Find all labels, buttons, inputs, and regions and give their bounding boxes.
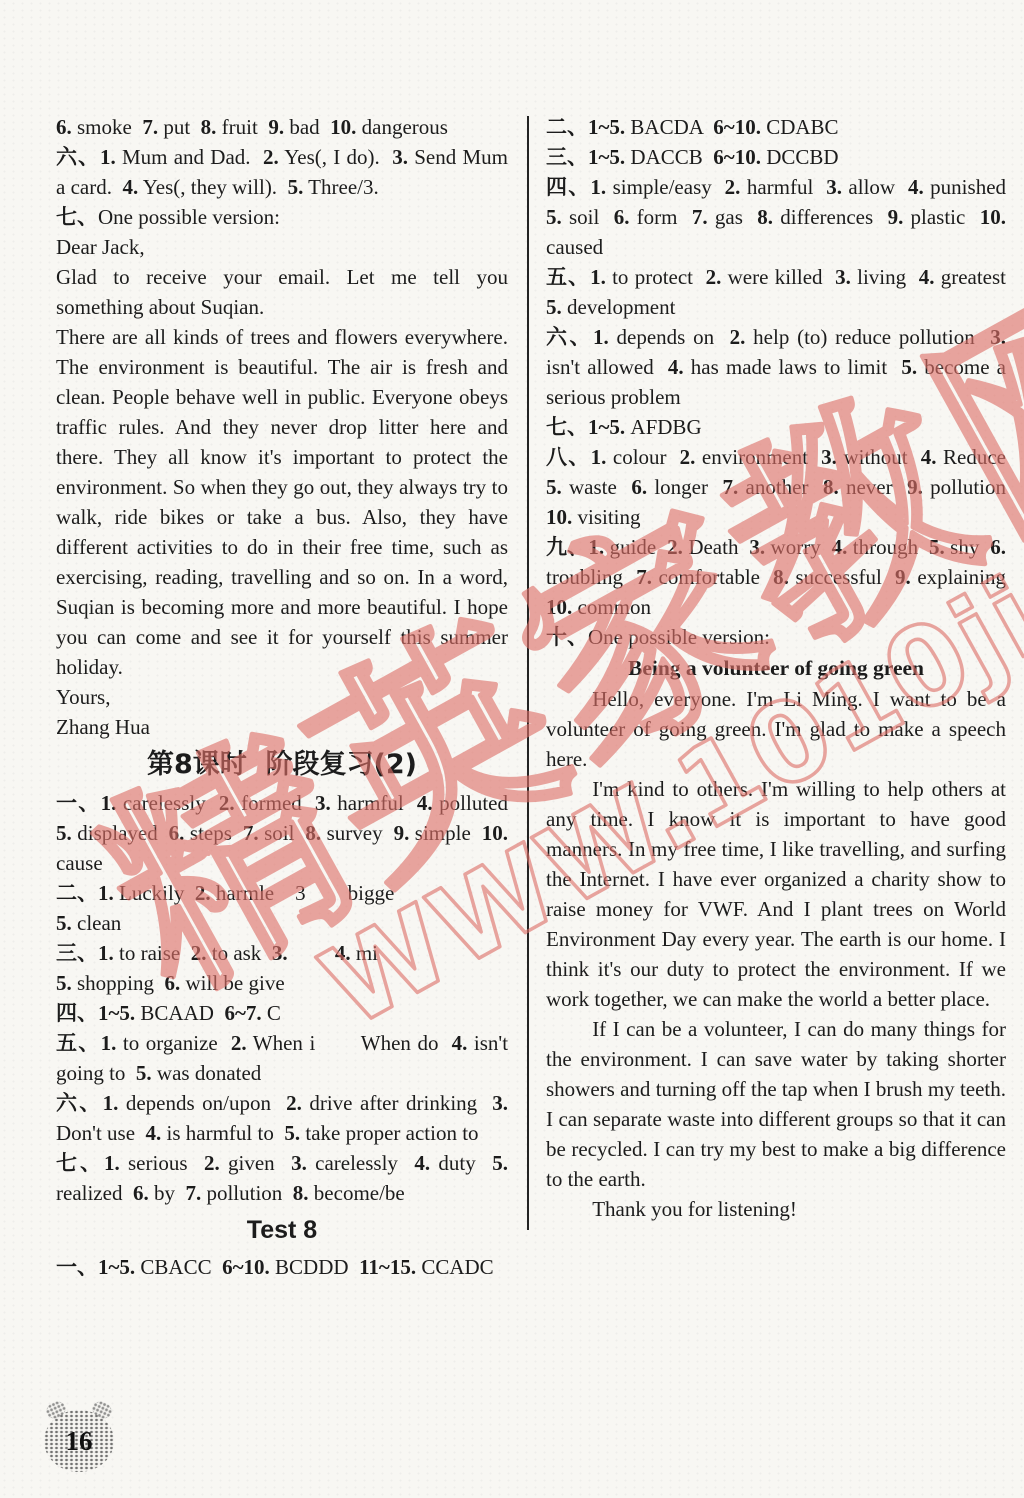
page-number: 16 [66, 1426, 93, 1457]
answer-line: 十、One possible version: [546, 622, 1006, 652]
answer-line: 五、1. to organize 2. When i When do 4. is… [56, 1028, 508, 1088]
answer-line: 七、1. serious 2. given 3. carelessly 4. d… [56, 1148, 508, 1208]
essay-paragraph: Hello, everyone. I'm Li Ming. I want to … [546, 684, 1006, 774]
letter-salutation: Dear Jack, [56, 232, 508, 262]
answer-line: 四、1. simple/easy 2. harmful 3. allow 4. … [546, 172, 1006, 262]
letter-paragraph: Glad to receive your email. Let me tell … [56, 262, 508, 322]
essay-paragraph: I'm kind to others. I'm willing to help … [546, 774, 1006, 1014]
left-column: 6. smoke 7. put 8. fruit 9. bad 10. dang… [56, 112, 508, 1282]
letter-closing: Yours, [56, 682, 508, 712]
answer-line: 六、1. depends on/upon 2. drive after drin… [56, 1088, 508, 1148]
answer-line: 七、1~5. AFDBG [546, 412, 1006, 442]
page-number-stamp: 16 [44, 1410, 114, 1472]
answer-line: 六、1. Mum and Dad. 2. Yes(, I do). 3. Sen… [56, 142, 508, 202]
answer-line: 六、1. depends on 2. help (to) reduce poll… [546, 322, 1006, 412]
essay-title: Being a volunteer of going green [546, 652, 1006, 684]
lesson-8-review-heading: 第8课时 阶段复习(2) [56, 742, 508, 788]
answer-line: 八、1. colour 2. environment 3. without 4.… [546, 442, 1006, 532]
right-column: 二、1~5. BACDA 6~10. CDABC 三、1~5. DACCB 6~… [546, 112, 1006, 1224]
answer-line: 五、1. to protect 2. were killed 3. living… [546, 262, 1006, 322]
answer-line: 二、1. Luckily 2. harmle 3 bigge [56, 878, 508, 908]
answer-line: 6. smoke 7. put 8. fruit 9. bad 10. dang… [56, 112, 508, 142]
answer-line: 5. shopping 6. will be give [56, 968, 508, 998]
answer-line: 三、1~5. DACCB 6~10. DCCBD [546, 142, 1006, 172]
test-8-heading: Test 8 [56, 1208, 508, 1252]
answer-line: 九、1. guide 2. Death 3. worry 4. through … [546, 532, 1006, 622]
answer-line: 二、1~5. BACDA 6~10. CDABC [546, 112, 1006, 142]
column-divider-rule [527, 116, 529, 1230]
answer-line: 一、1. carelessly 2. formed 3. harmful 4. … [56, 788, 508, 878]
essay-paragraph: If I can be a volunteer, I can do many t… [546, 1014, 1006, 1194]
answer-line: 一、1~5. CBACC 6~10. BCDDD 11~15. CCADC [56, 1252, 508, 1282]
scanned-answer-page: 6. smoke 7. put 8. fruit 9. bad 10. dang… [0, 0, 1024, 1498]
answer-line: 5. clean [56, 908, 508, 938]
answer-line: 七、One possible version: [56, 202, 508, 232]
letter-signature: Zhang Hua [56, 712, 508, 742]
letter-paragraph: There are all kinds of trees and flowers… [56, 322, 508, 682]
answer-line: 三、1. to raise 2. to ask 3. 4. mi [56, 938, 508, 968]
essay-closing: Thank you for listening! [546, 1194, 1006, 1224]
answer-line: 四、1~5. BCAAD 6~7. C [56, 998, 508, 1028]
